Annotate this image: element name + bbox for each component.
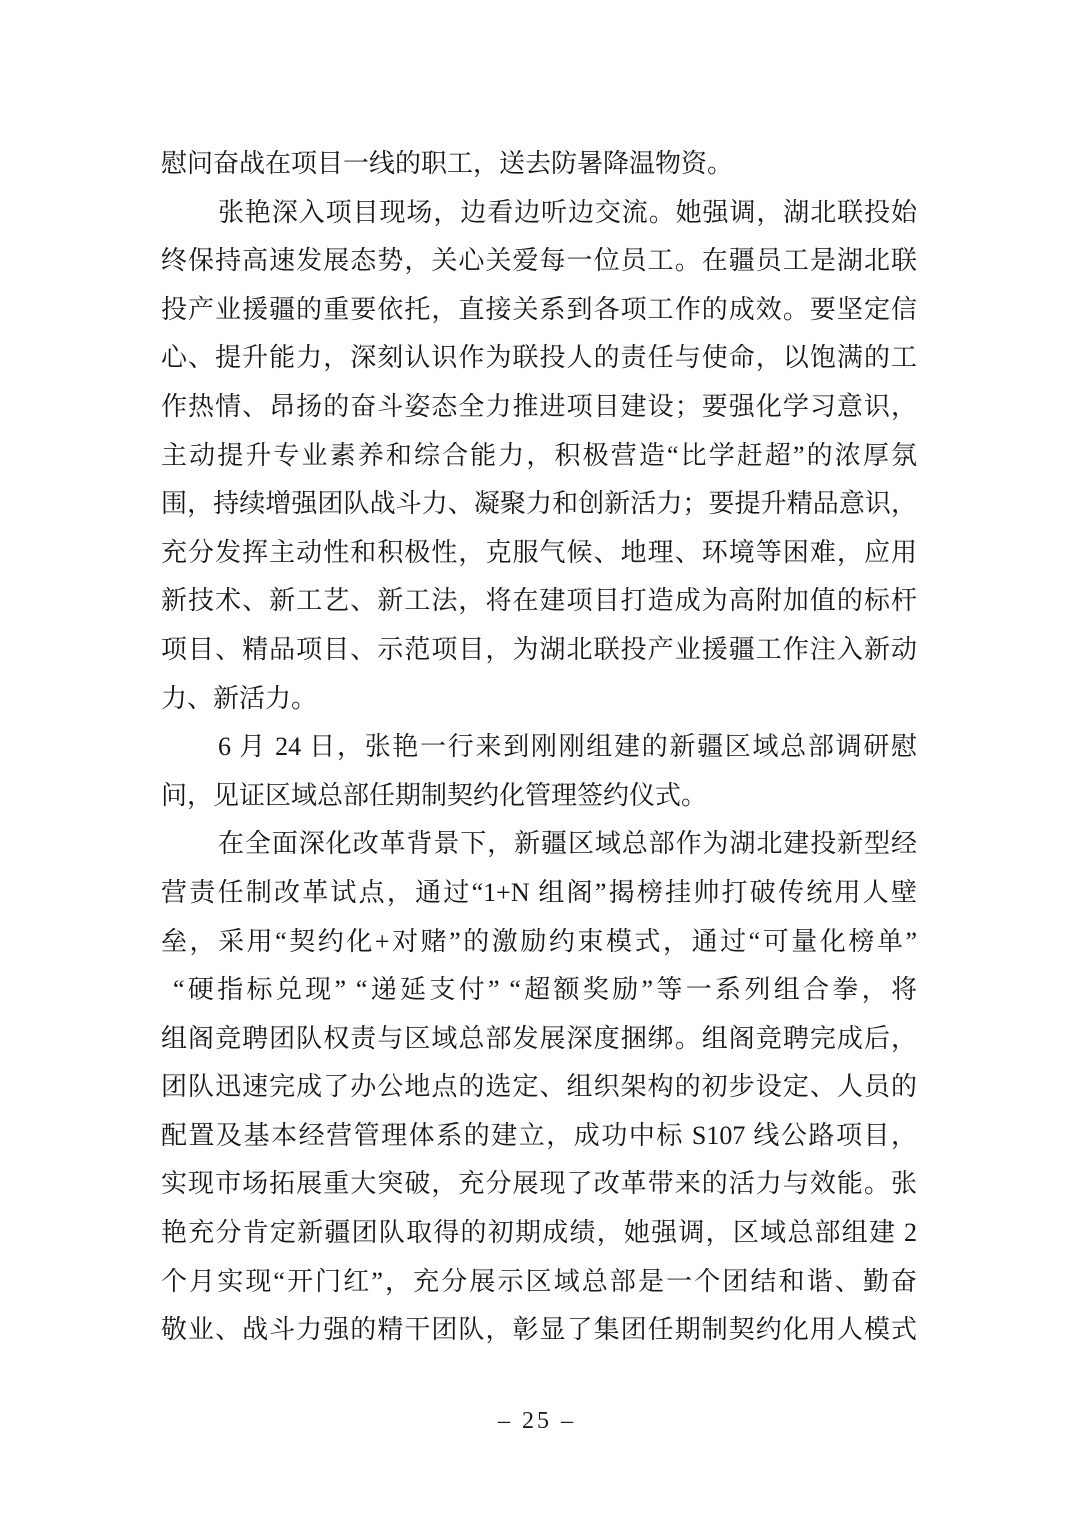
text-line: 实现市场拓展重大突破，充分展现了改革带来的活力与效能。张 [161, 1160, 917, 1209]
text-line: 慰问奋战在项目一线的职工，送去防暑降温物资。 [161, 140, 917, 189]
text-line: 终保持高速发展态势，关心关爱每一位员工。在疆员工是湖北联 [161, 237, 917, 286]
text-line: 主动提升专业素养和综合能力，积极营造“比学赶超”的浓厚氛 [161, 432, 917, 481]
text-line: 围，持续增强团队战斗力、凝聚力和创新活力；要提升精品意识， [161, 480, 917, 529]
text-line: 配置及基本经营管理体系的建立，成功中标 S107 线公路项目， [161, 1112, 917, 1161]
text-line: 作热情、昂扬的奋斗姿态全力推进项目建设；要强化学习意识， [161, 383, 917, 432]
text-line: 营责任制改革试点，通过“1+N 组阁”揭榜挂帅打破传统用人壁 [161, 869, 917, 918]
text-line: 团队迅速完成了办公地点的选定、组织架构的初步设定、人员的 [161, 1063, 917, 1112]
document-body: 慰问奋战在项目一线的职工，送去防暑降温物资。 张艳深入项目现场，边看边听边交流。… [161, 140, 917, 1355]
text-line: 充分发挥主动性和积极性，克服气候、地理、环境等困难，应用 [161, 529, 917, 578]
text-line: 张艳深入项目现场，边看边听边交流。她强调，湖北联投始 [161, 189, 917, 238]
text-line: 项目、精品项目、示范项目，为湖北联投产业援疆工作注入新动 [161, 626, 917, 675]
text-line: 艳充分肯定新疆团队取得的初期成绩，她强调，区域总部组建 2 [161, 1209, 917, 1258]
text-line: 6 月 24 日，张艳一行来到刚刚组建的新疆区域总部调研慰 [161, 723, 917, 772]
text-line: 心、提升能力，深刻认识作为联投人的责任与使命，以饱满的工 [161, 334, 917, 383]
text-line: 力、新活力。 [161, 675, 917, 724]
text-line: 在全面深化改革背景下，新疆区域总部作为湖北建投新型经 [161, 820, 917, 869]
text-line: 敬业、战斗力强的精干团队，彰显了集团任期制契约化用人模式 [161, 1306, 917, 1355]
text-line: “硬指标兑现” “递延支付” “超额奖励”等一系列组合拳，将 [161, 966, 917, 1015]
page-number: – 25 – [0, 1408, 1074, 1435]
text-line: 组阁竞聘团队权责与区域总部发展深度捆绑。组阁竞聘完成后， [161, 1015, 917, 1064]
text-line: 个月实现“开门红”，充分展示区域总部是一个团结和谐、勤奋 [161, 1258, 917, 1307]
text-line: 新技术、新工艺、新工法，将在建项目打造成为高附加值的标杆 [161, 577, 917, 626]
document-page: 慰问奋战在项目一线的职工，送去防暑降温物资。 张艳深入项目现场，边看边听边交流。… [0, 0, 1074, 1520]
text-line: 问，见证区域总部任期制契约化管理签约仪式。 [161, 772, 917, 821]
text-line: 垒，采用“契约化+对赌”的激励约束模式，通过“可量化榜单” [161, 918, 917, 967]
text-line: 投产业援疆的重要依托，直接关系到各项工作的成效。要坚定信 [161, 286, 917, 335]
